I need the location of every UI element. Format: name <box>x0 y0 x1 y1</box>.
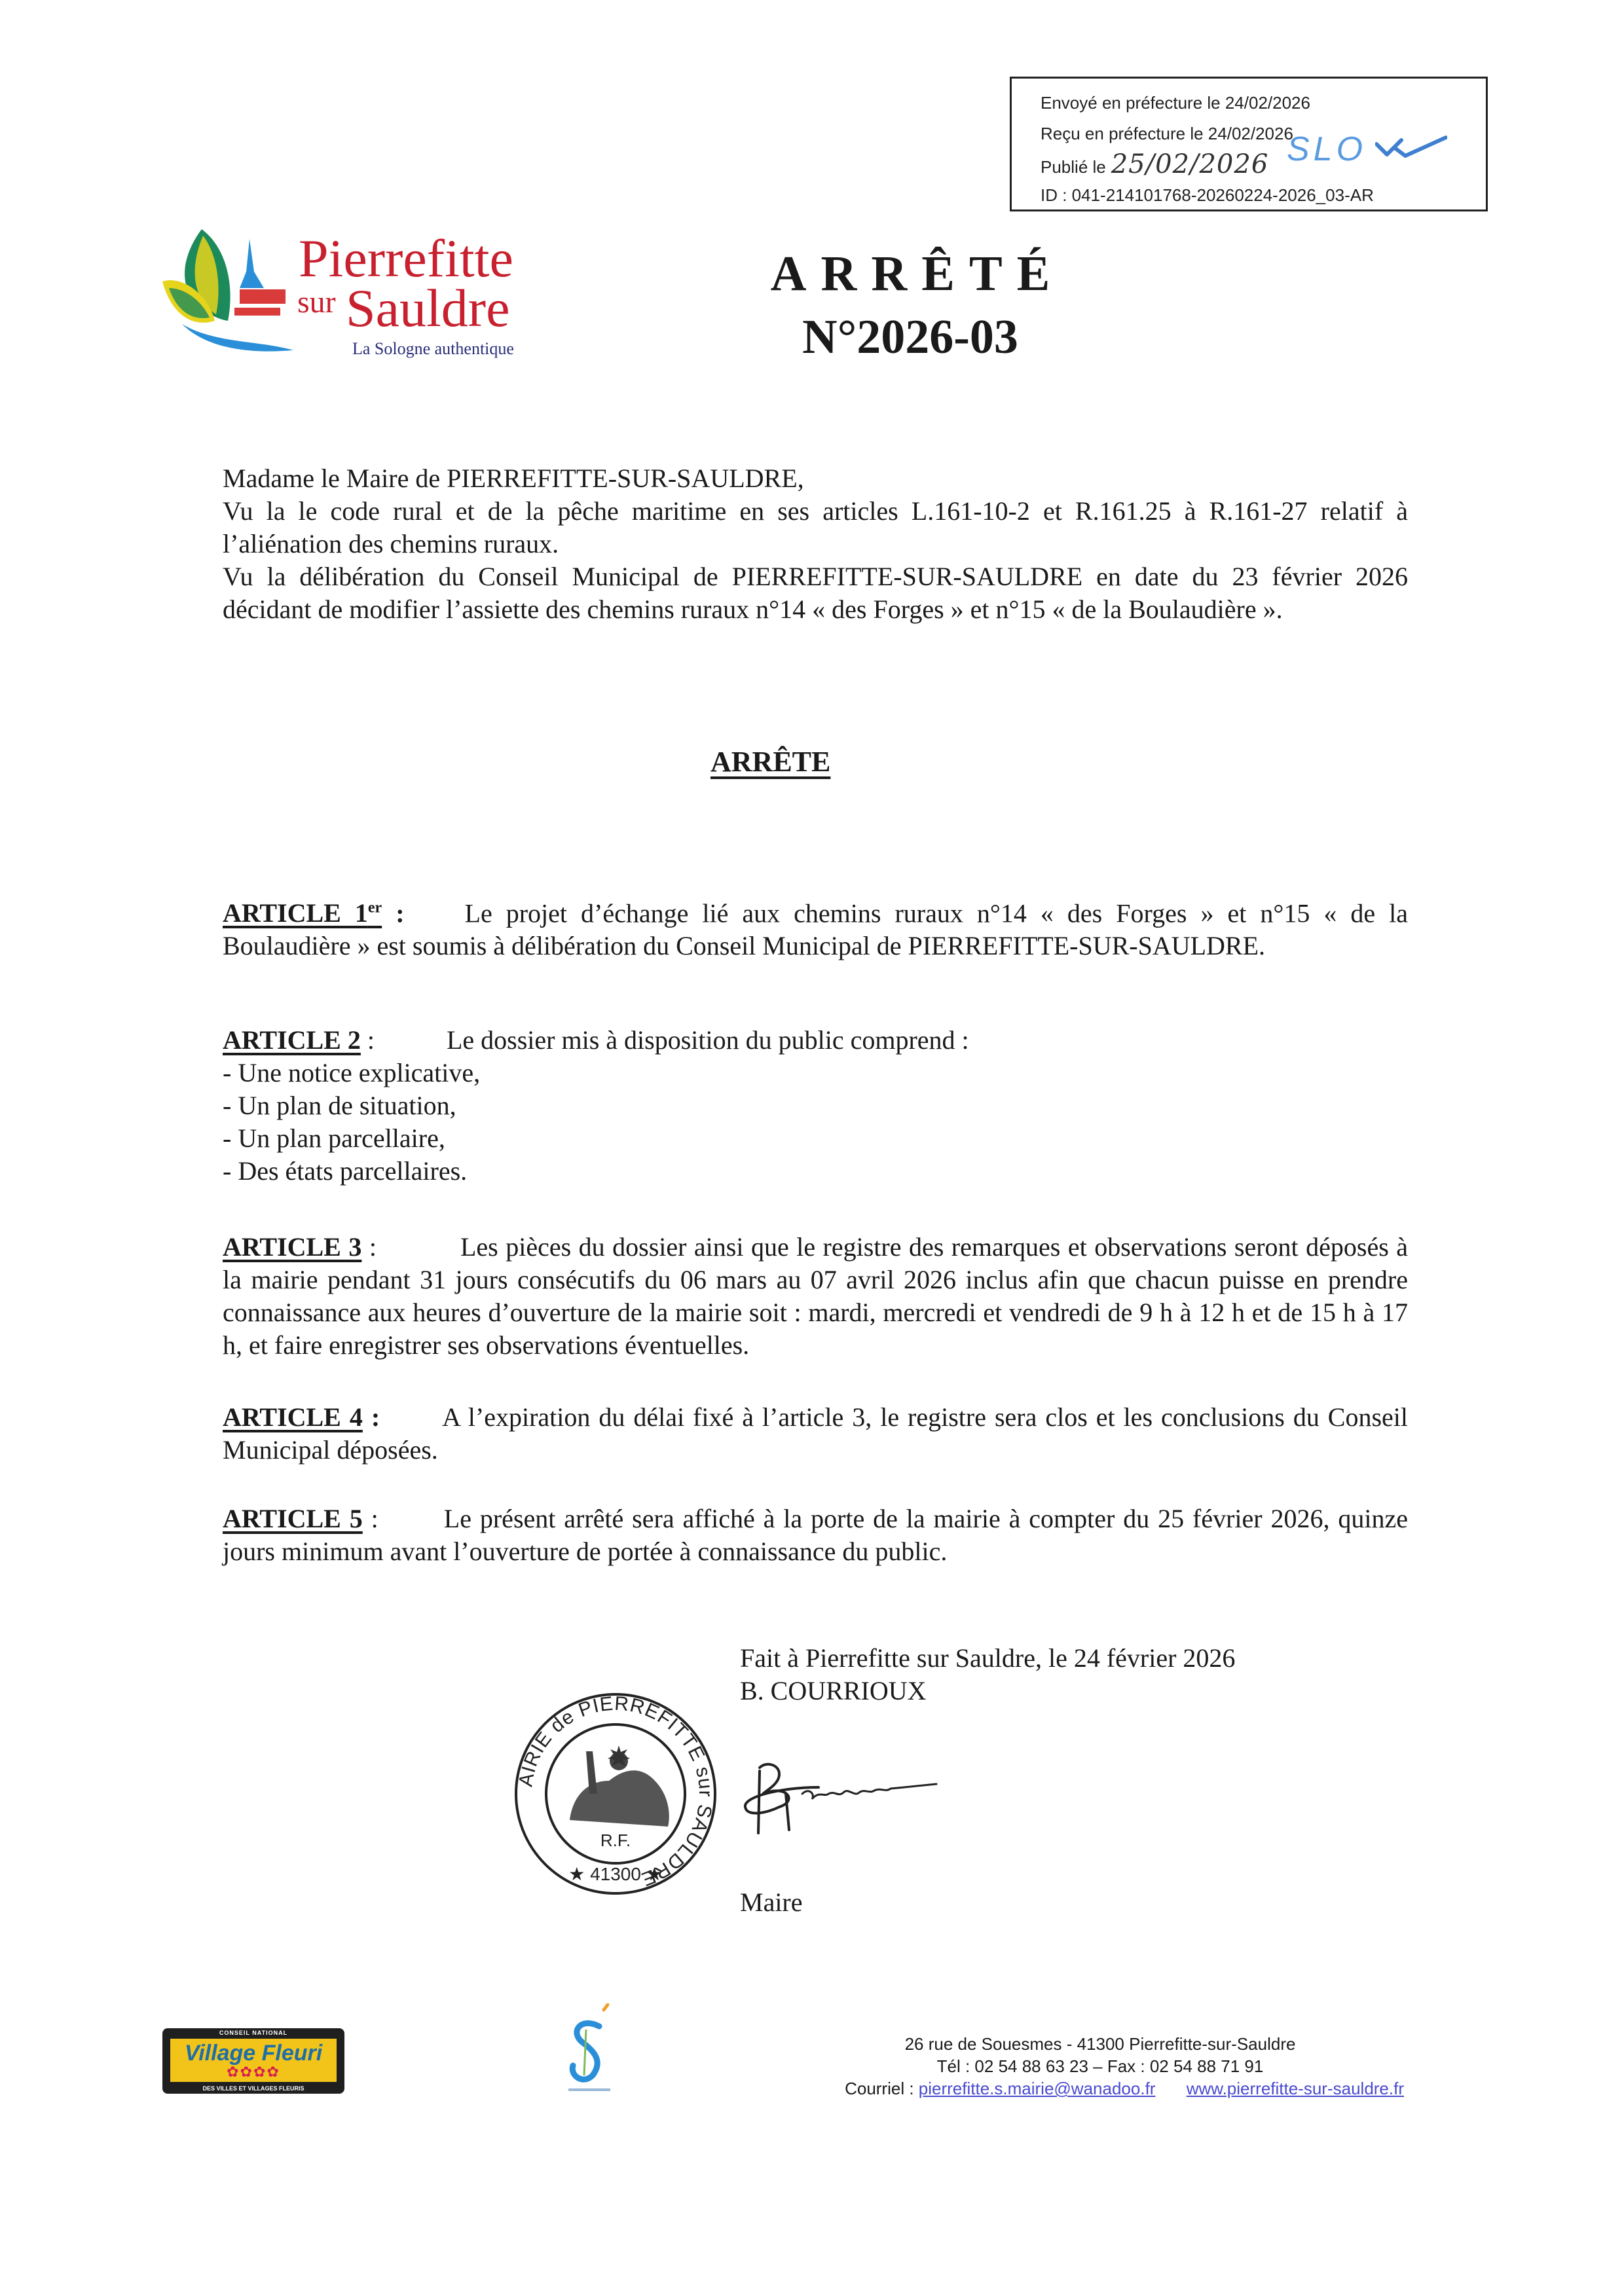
article-text: Le dossier mis à disposition du public c… <box>447 1025 969 1055</box>
leaf-church-emblem-icon <box>156 210 306 367</box>
stamp-sent: Envoyé en préfecture le 24/02/2026 <box>1041 88 1486 118</box>
article-label: ARTICLE 5 <box>223 1504 363 1533</box>
preamble-line: Vu la délibération du Conseil Municipal … <box>223 560 1408 626</box>
village-fleuri-badge: CONSEIL NATIONAL Village Fleuri ✿✿✿✿ DES… <box>162 2028 344 2094</box>
svg-text:★ 41300 ★: ★ 41300 ★ <box>568 1864 663 1884</box>
article-1: ARTICLE 1er :Le projet d’échange lié aux… <box>223 892 1408 962</box>
article-4: ARTICLE 4 :A l’expiration du délai fixé … <box>223 1401 1408 1467</box>
town-hall-seal-icon: MAIRIE de PIERREFITTE sur SAULDRE ★ 4130… <box>511 1689 720 1899</box>
contact-row: Courriel : pierrefitte.s.mairie@wanadoo.… <box>786 2077 1414 2100</box>
article-text: A l’expiration du délai fixé à l’article… <box>223 1402 1408 1465</box>
logo-tagline: La Sologne authentique <box>352 340 514 357</box>
stamp-initials: SLO <box>1287 130 1367 169</box>
prefecture-stamp: Envoyé en préfecture le 24/02/2026 Reçu … <box>1010 77 1488 211</box>
list-item: - Des états parcellaires. <box>223 1155 1408 1188</box>
article-text: Le présent arrêté sera affiché à la port… <box>223 1504 1408 1566</box>
logo-town-name-line1: Pierrefitte <box>299 232 513 285</box>
dossier-contents-list: - Une notice explicative, - Un plan de s… <box>223 1057 1408 1188</box>
sologne-emblem-icon <box>563 2003 616 2102</box>
article-3: ARTICLE 3 :Les pièces du dossier ainsi q… <box>223 1231 1408 1362</box>
logo-sur: sur <box>297 287 336 318</box>
email-link[interactable]: pierrefitte.s.mairie@wanadoo.fr <box>919 2079 1156 2098</box>
article-label: ARTICLE 3 <box>223 1232 361 1262</box>
article-text: Les pièces du dossier ainsi que le regis… <box>223 1232 1408 1360</box>
article-label: ARTICLE 1er <box>223 898 382 928</box>
postal-address: 26 rue de Souesmes - 41300 Pierrefitte-s… <box>786 2033 1414 2055</box>
article-5: ARTICLE 5 :Le présent arrêté sera affich… <box>223 1503 1408 1568</box>
decree-heading: ARRÊTE <box>710 745 830 778</box>
preamble-line: Vu la le code rural et de la pêche marit… <box>223 495 1408 560</box>
stamp-published-date: 25/02/2026 <box>1111 149 1269 179</box>
document-type: ARRÊTÉ <box>740 249 1080 299</box>
badge-bottom-text: DES VILLES ET VILLAGES FLEURIS <box>162 2085 344 2092</box>
email-label: Courriel : <box>845 2079 913 2098</box>
badge-top-text: CONSEIL NATIONAL <box>162 2030 344 2036</box>
logo-town-name-line2: Sauldre <box>346 282 509 335</box>
signatory-name: B. COURRIOUX <box>740 1675 1235 1707</box>
town-logo: Pierrefitte sur Sauldre La Sologne authe… <box>156 210 588 367</box>
article-label: ARTICLE 2 <box>223 1025 361 1055</box>
checkmark-icon <box>1375 135 1447 161</box>
footer-address: 26 rue de Souesmes - 41300 Pierrefitte-s… <box>786 2033 1414 2100</box>
phone-fax: Tél : 02 54 88 63 23 – Fax : 02 54 88 71… <box>786 2055 1414 2077</box>
document-title: ARRÊTÉ N°2026-03 <box>740 249 1080 361</box>
mayor-signature <box>740 1755 1028 1840</box>
article-2: ARTICLE 2 :Le dossier mis à disposition … <box>223 1024 1408 1188</box>
preamble-line: Madame le Maire de PIERREFITTE-SUR-SAULD… <box>223 462 1408 495</box>
flower-rating-icon: ✿✿✿✿ <box>170 2064 337 2081</box>
svg-text:R.F.: R.F. <box>600 1831 631 1850</box>
website-link[interactable]: www.pierrefitte-sur-sauldre.fr <box>1187 2079 1404 2098</box>
document-number: N°2026-03 <box>740 313 1080 361</box>
place-date: Fait à Pierrefitte sur Sauldre, le 24 fé… <box>740 1642 1235 1675</box>
signatory-role: Maire <box>740 1887 803 1918</box>
stamp-published-label: Publié le <box>1041 157 1106 177</box>
list-item: - Un plan parcellaire, <box>223 1122 1408 1155</box>
stamp-id: ID : 041-214101768-20260224-2026_03-AR <box>1041 180 1486 211</box>
signature-block: Fait à Pierrefitte sur Sauldre, le 24 fé… <box>740 1642 1235 1707</box>
badge-name: Village Fleuri <box>170 2041 337 2066</box>
preamble: Madame le Maire de PIERREFITTE-SUR-SAULD… <box>223 462 1408 626</box>
list-item: - Une notice explicative, <box>223 1057 1408 1089</box>
list-item: - Un plan de situation, <box>223 1089 1408 1122</box>
article-label: ARTICLE 4 <box>223 1402 363 1432</box>
